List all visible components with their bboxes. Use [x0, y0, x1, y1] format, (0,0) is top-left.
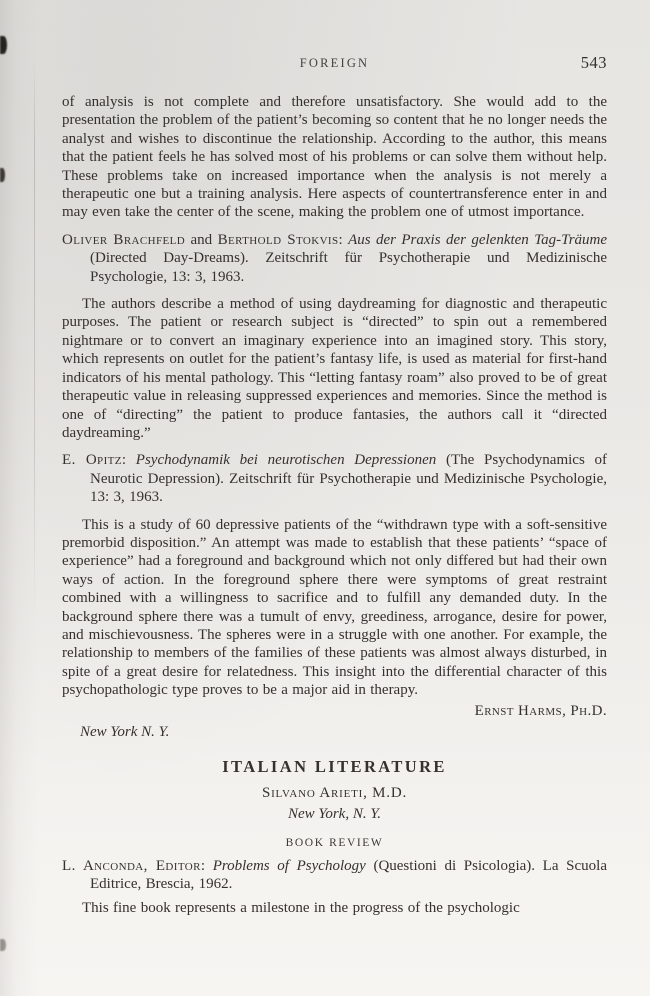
citation-work-title: Aus der Praxis der gelenkten Tag-Träume [348, 232, 607, 248]
page-gutter-line [34, 60, 35, 620]
citation-source: (Directed Day-Dreams). Zeitschrift für P… [90, 250, 607, 284]
paragraph-anconda-opening: This fine book represents a milestone in… [62, 899, 607, 917]
section-subheading: BOOK REVIEW [62, 837, 607, 849]
citation-author: E. Opitz [62, 452, 122, 468]
citation-work-title: Psychodynamik bei neurotischen Depressio… [136, 452, 436, 468]
citation-author: L. Anconda, Editor [62, 858, 201, 874]
scan-artifact-mark [0, 36, 7, 54]
reviewer-signature: Ernst Harms, Ph.D. [62, 702, 607, 720]
scanned-journal-page: FOREIGN 543 of analysis is not complete … [0, 0, 650, 996]
citation-brachfeld-stokvis: Oliver Brachfeld and Berthold Stokvis: A… [62, 231, 607, 286]
citation-author: Oliver Brachfeld [62, 232, 185, 248]
citation-author: Berthold Stokvis [218, 232, 339, 248]
scan-artifact-mark [0, 939, 6, 951]
page-content: FOREIGN 543 of analysis is not complete … [62, 56, 607, 918]
paragraph-continuation: of analysis is not complete and therefor… [62, 93, 607, 222]
paragraph-opitz-review: This is a study of 60 depressive patient… [62, 516, 607, 700]
section-byline-location: New York, N. Y. [62, 806, 607, 823]
citation-opitz: E. Opitz: Psychodynamik bei neurotischen… [62, 451, 607, 506]
scan-artifact-mark [0, 168, 5, 182]
citation-anconda: L. Anconda, Editor: Problems of Psycholo… [62, 857, 607, 894]
reviewer-location: New York N. Y. [62, 723, 607, 741]
running-title: FOREIGN [62, 56, 607, 71]
citation-work-title: Problems of Psychology [213, 858, 366, 874]
citation-separator: : [122, 452, 136, 468]
running-head: FOREIGN 543 [62, 56, 607, 73]
section-title: ITALIAN LITERATURE [62, 757, 607, 777]
citation-connector: and [185, 232, 217, 248]
section-byline: Silvano Arieti, M.D. [62, 785, 607, 802]
page-number: 543 [581, 53, 607, 73]
citation-separator: : [201, 858, 213, 874]
citation-separator: : [339, 232, 349, 248]
paragraph-brachfeld-review: The authors describe a method of using d… [62, 295, 607, 442]
